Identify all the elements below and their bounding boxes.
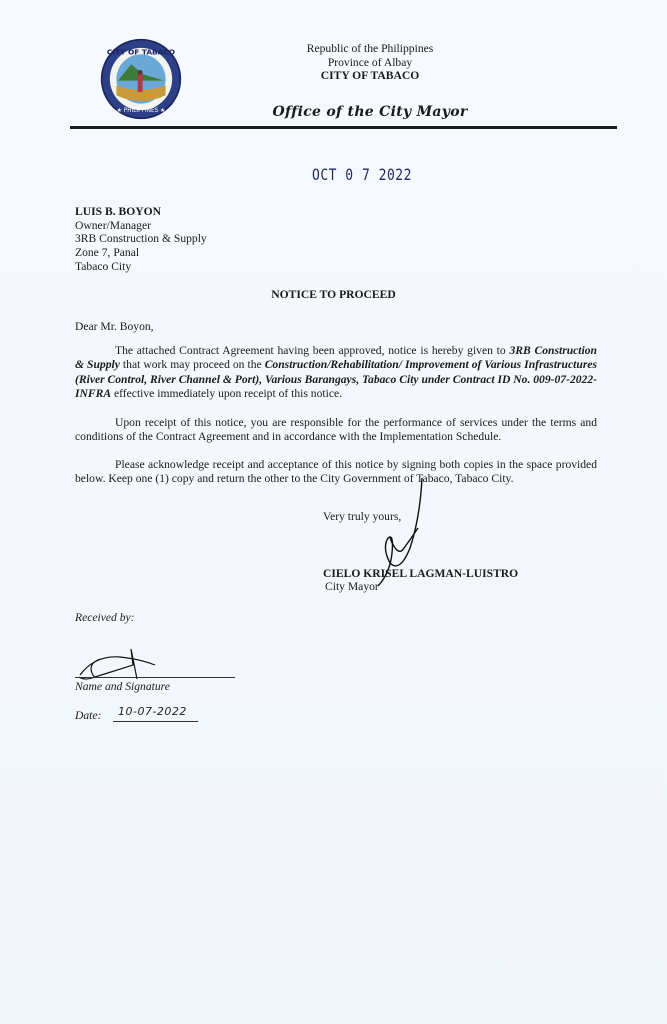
paragraph-approval: The attached Contract Agreement having b…: [75, 344, 597, 401]
date-label: Date:: [75, 709, 101, 722]
svg-text:CITY OF TABACO: CITY OF TABACO: [107, 47, 175, 56]
paragraph-acknowledge: Please acknowledge receipt and acceptanc…: [75, 458, 597, 487]
document-page: CITY OF TABACO ★ PHILIPPINES ★ Republic …: [0, 0, 667, 1024]
letterhead-line-province: Province of Albay: [200, 56, 540, 70]
office-title: Office of the City Mayor: [200, 104, 540, 120]
recipient-signature-icon: [75, 645, 175, 685]
signature-line: [75, 677, 235, 678]
text: effective immediately upon receipt of th…: [111, 387, 342, 400]
header-divider: [70, 126, 617, 129]
recipient-address-line2: Tabaco City: [75, 260, 207, 274]
recipient-address: LUIS B. BOYON Owner/Manager 3RB Construc…: [75, 205, 207, 274]
letterhead-line-city: CITY OF TABACO: [200, 69, 540, 83]
salutation: Dear Mr. Boyon,: [75, 320, 154, 333]
text: that work may proceed on the: [120, 358, 265, 371]
recipient-position: Owner/Manager: [75, 219, 207, 233]
date-stamp: OCT 0 7 2022: [312, 166, 412, 185]
text: The attached Contract Agreement having b…: [115, 344, 509, 357]
recipient-name: LUIS B. BOYON: [75, 205, 207, 219]
signatory-name: CIELO KRISEL LAGMAN-LUISTRO: [323, 567, 518, 580]
name-signature-label: Name and Signature: [75, 680, 170, 693]
date-line: [113, 721, 198, 722]
received-by-label: Received by:: [75, 611, 135, 624]
letterhead-line-republic: Republic of the Philippines: [200, 42, 540, 56]
recipient-address-line1: Zone 7, Panal: [75, 246, 207, 260]
paragraph-responsibility: Upon receipt of this notice, you are res…: [75, 416, 597, 445]
svg-text:★ PHILIPPINES ★: ★ PHILIPPINES ★: [117, 107, 165, 114]
letterhead: Republic of the Philippines Province of …: [200, 42, 540, 83]
city-seal-icon: CITY OF TABACO ★ PHILIPPINES ★: [100, 38, 182, 120]
document-title: NOTICE TO PROCEED: [0, 288, 667, 301]
signatory-title: City Mayor: [325, 580, 379, 593]
recipient-company: 3RB Construction & Supply: [75, 232, 207, 246]
date-value: 10-07-2022: [118, 705, 187, 718]
